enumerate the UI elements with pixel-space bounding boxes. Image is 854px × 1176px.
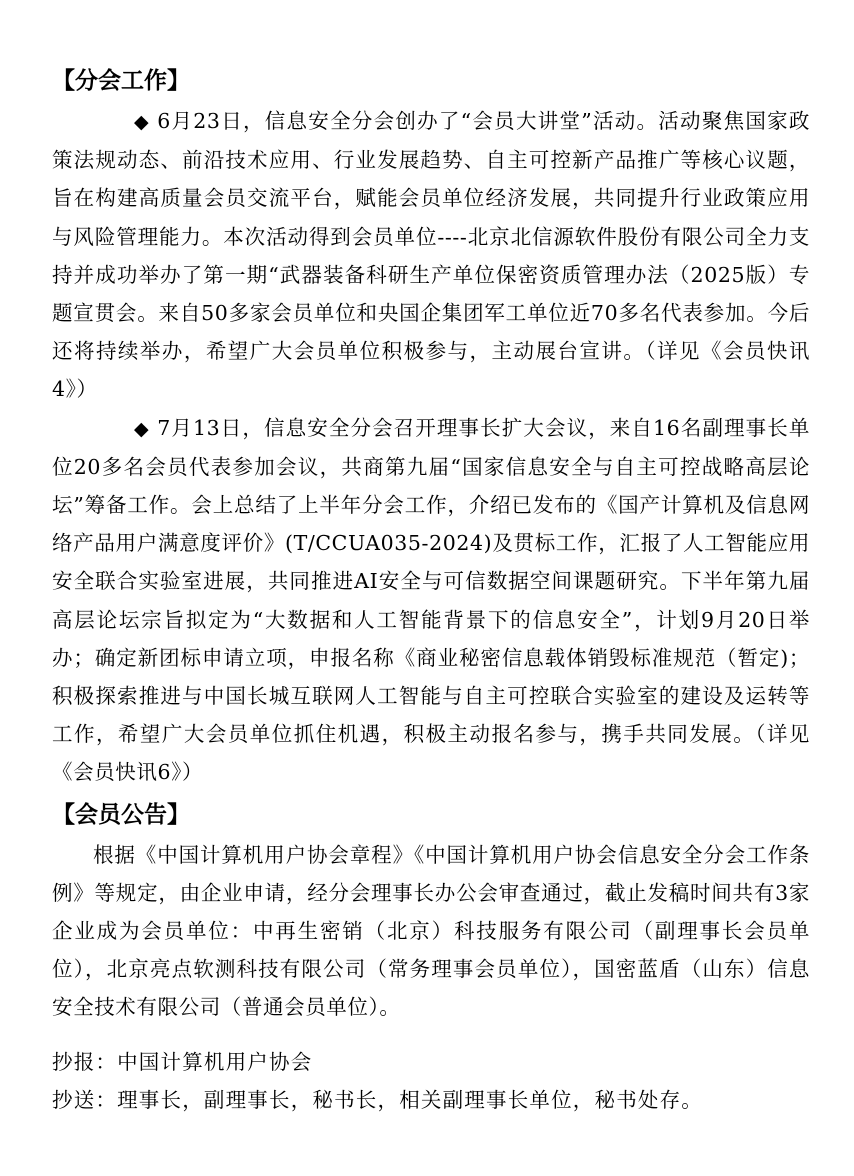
branch-work-item-1: ◆6月23日，信息安全分会创办了“会员大讲堂”活动。活动聚焦国家政策法规动态、前… — [52, 102, 810, 409]
spacer — [52, 1027, 810, 1043]
member-notice-paragraph: 根据《中国计算机用户协会章程》《中国计算机用户协会信息安全分会工作条例》等规定，… — [52, 836, 810, 1027]
copy-to-line: 抄送：理事长，副理事长，秘书长，相关副理事长单位，秘书处存。 — [52, 1081, 810, 1120]
report-to-line: 抄报：中国计算机用户协会 — [52, 1043, 810, 1082]
section-heading-member-notice: 【会员公告】 — [52, 798, 810, 832]
branch-work-item-2: ◆7月13日，信息安全分会召开理事长扩大会议，来自16名副理事长单位20多名会员… — [52, 409, 810, 792]
diamond-bullet-icon: ◆ — [93, 103, 149, 141]
branch-work-item-1-text: 6月23日，信息安全分会创办了“会员大讲堂”活动。活动聚焦国家政策法规动态、前沿… — [52, 109, 810, 401]
branch-work-item-2-text: 7月13日，信息安全分会召开理事长扩大会议，来自16名副理事长单位20多名会员代… — [52, 416, 810, 785]
section-heading-branch-work: 【分会工作】 — [52, 64, 810, 98]
document-page: 【分会工作】 ◆6月23日，信息安全分会创办了“会员大讲堂”活动。活动聚焦国家政… — [52, 64, 810, 1120]
diamond-bullet-icon: ◆ — [93, 410, 149, 448]
